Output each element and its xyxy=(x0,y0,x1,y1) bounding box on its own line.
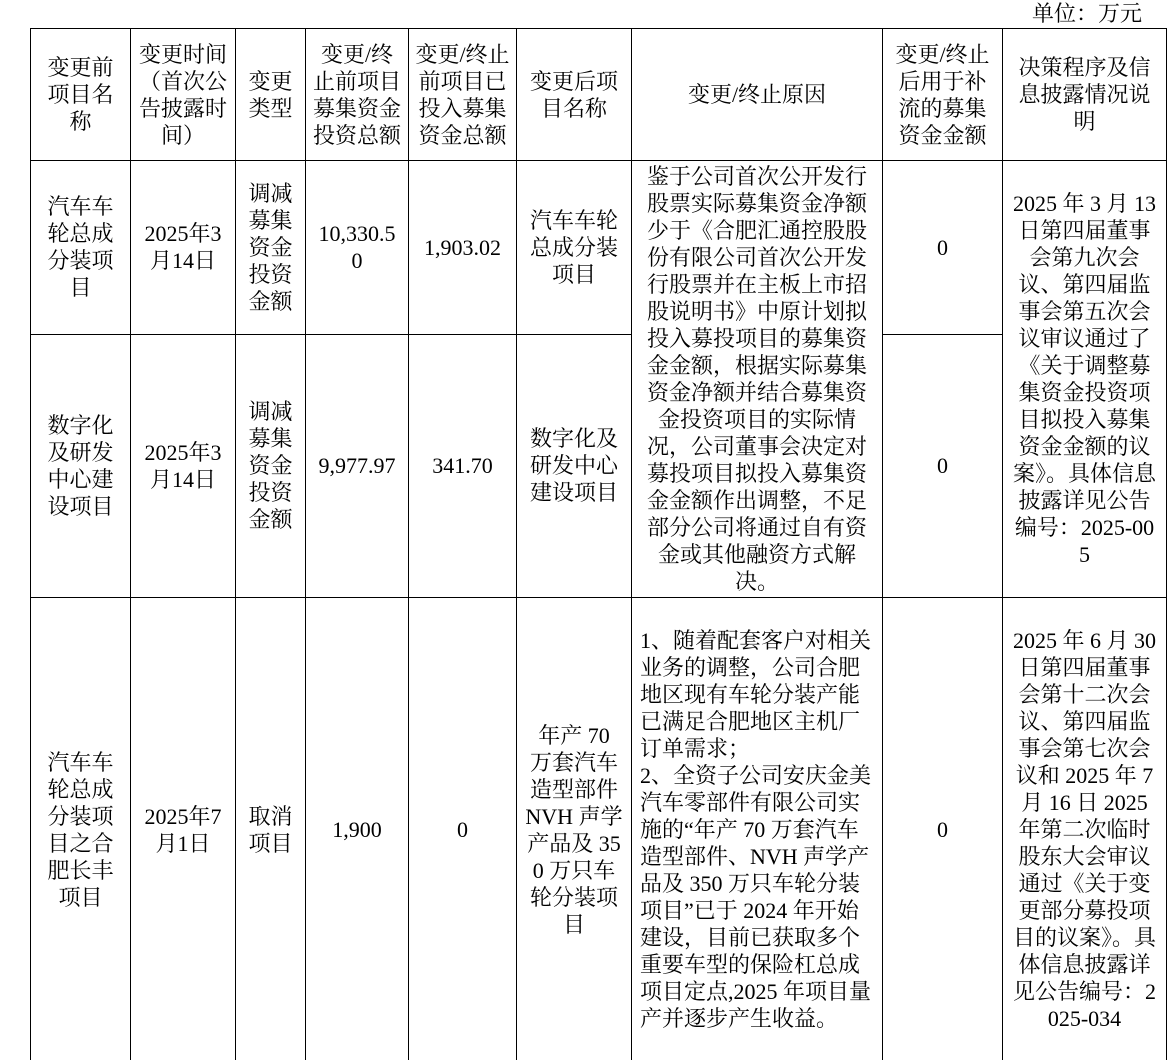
cell-post-project: 数字化及研发中心建设项目 xyxy=(517,334,632,597)
cell-pre-project: 汽车车轮总成分装项目之合肥长丰项目 xyxy=(31,598,131,1060)
table-header-row: 变更前项目名称 变更时间（首次公告披露时间） 变更类型 变更/终止前项目募集资金… xyxy=(31,29,1167,161)
header-supplement-amount: 变更/终止后用于补流的募集资金金额 xyxy=(883,29,1003,161)
cell-invested: 0 xyxy=(409,598,517,1060)
cell-reason-merged: 鉴于公司首次公开发行股票实际募集资金净额少于《合肥汇通控股股份有限公司首次公开发… xyxy=(632,161,883,598)
cell-supplement: 0 xyxy=(883,598,1003,1060)
header-change-date: 变更时间（首次公告披露时间） xyxy=(131,29,236,161)
cell-pre-total: 1,900 xyxy=(306,598,409,1060)
header-pre-project-name: 变更前项目名称 xyxy=(31,29,131,161)
table-row: 数字化及研发中心建设项目 2025年3月14日 调减募集资金投资金额 9,977… xyxy=(31,334,1167,597)
document-page: 单位：万元 变更前项目名称 变更时间（首次公告披露时间） 变更类型 变更/终止前… xyxy=(0,0,1172,1060)
header-change-type: 变更类型 xyxy=(236,29,306,161)
project-change-table: 变更前项目名称 变更时间（首次公告披露时间） 变更类型 变更/终止前项目募集资金… xyxy=(30,28,1167,1060)
cell-change-type: 调减募集资金投资金额 xyxy=(236,161,306,335)
cell-disclosure-merged: 2025 年 3 月 13 日第四届董事会第九次会议、第四届监事会第五次会议审议… xyxy=(1003,161,1167,598)
cell-invested: 341.70 xyxy=(409,334,517,597)
cell-disclosure: 2025 年 6 月 30 日第四届董事会第十二次会议、第四届监事会第七次会议和… xyxy=(1003,598,1167,1060)
cell-pre-project: 汽车车轮总成分装项目 xyxy=(31,161,131,335)
header-disclosure: 决策程序及信息披露情况说明 xyxy=(1003,29,1167,161)
cell-change-date: 2025年7月1日 xyxy=(131,598,236,1060)
cell-change-date: 2025年3月14日 xyxy=(131,334,236,597)
cell-post-project: 年产 70 万套汽车造型部件 NVH 声学产品及 350 万只车轮分装项目 xyxy=(517,598,632,1060)
cell-post-project: 汽车车轮总成分装项目 xyxy=(517,161,632,335)
cell-supplement: 0 xyxy=(883,161,1003,335)
header-invested: 变更/终止前项目已投入募集资金总额 xyxy=(409,29,517,161)
unit-label: 单位：万元 xyxy=(1032,0,1142,27)
table-row: 汽车车轮总成分装项目 2025年3月14日 调减募集资金投资金额 10,330.… xyxy=(31,161,1167,335)
table-row: 汽车车轮总成分装项目之合肥长丰项目 2025年7月1日 取消项目 1,900 0… xyxy=(31,598,1167,1060)
cell-change-date: 2025年3月14日 xyxy=(131,161,236,335)
cell-pre-project: 数字化及研发中心建设项目 xyxy=(31,334,131,597)
header-pre-total: 变更/终止前项目募集资金投资总额 xyxy=(306,29,409,161)
cell-change-type: 调减募集资金投资金额 xyxy=(236,334,306,597)
cell-reason: 1、随着配套客户对相关业务的调整，公司合肥地区现有车轮分装产能已满足合肥地区主机… xyxy=(632,598,883,1060)
header-reason: 变更/终止原因 xyxy=(632,29,883,161)
cell-invested: 1,903.02 xyxy=(409,161,517,335)
cell-pre-total: 10,330.50 xyxy=(306,161,409,335)
header-post-project-name: 变更后项目名称 xyxy=(517,29,632,161)
cell-change-type: 取消项目 xyxy=(236,598,306,1060)
cell-supplement: 0 xyxy=(883,334,1003,597)
cell-pre-total: 9,977.97 xyxy=(306,334,409,597)
